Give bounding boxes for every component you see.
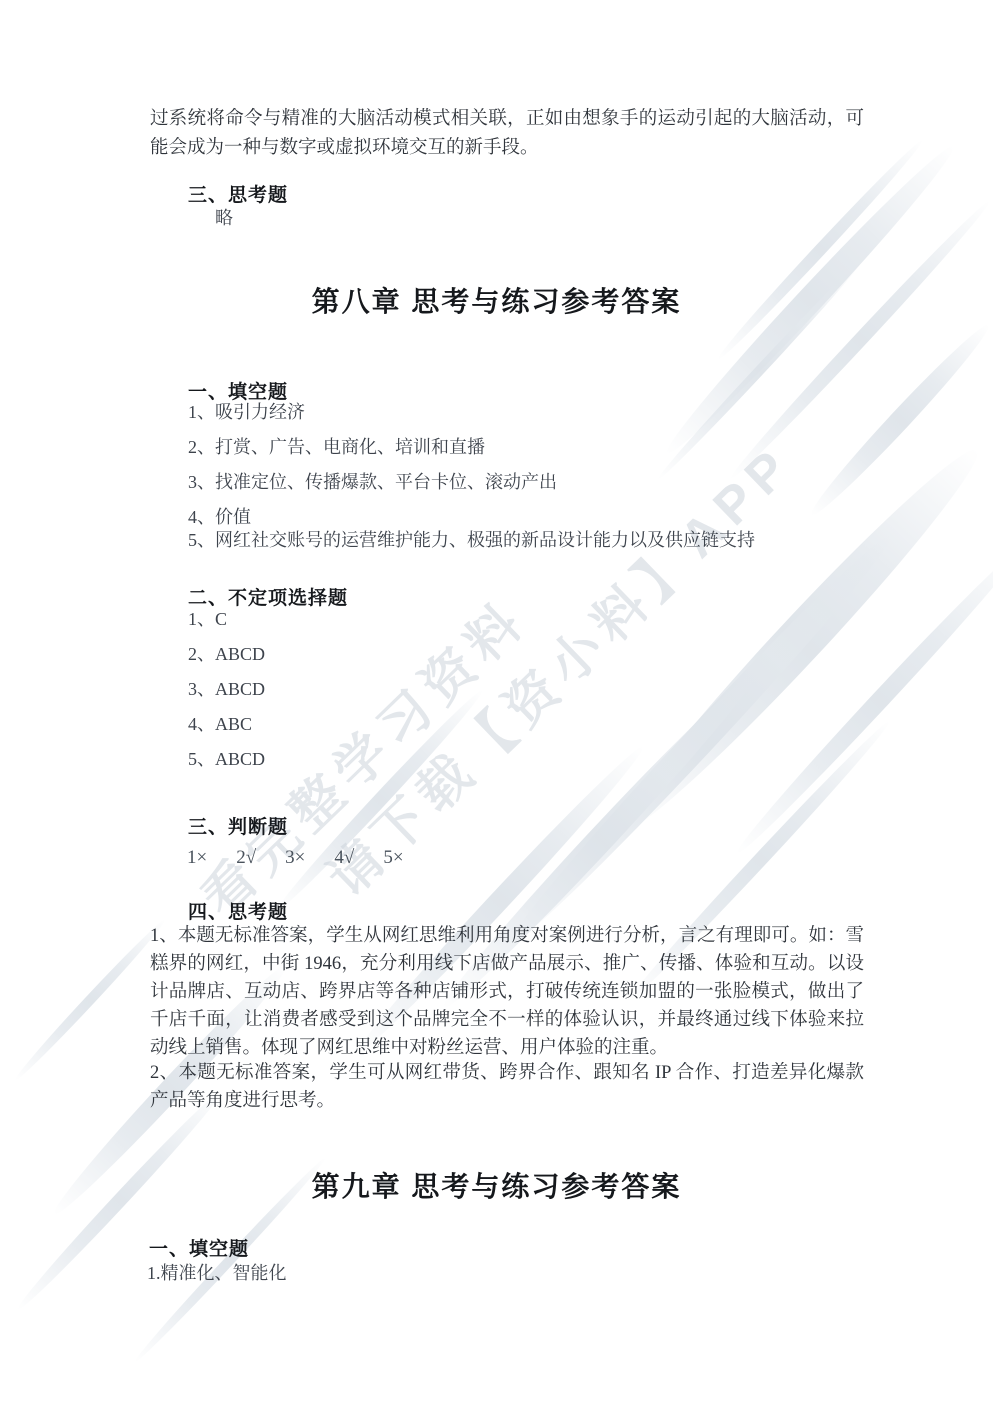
ch8-tf-heading: 三、判断题: [188, 812, 288, 839]
document-page: 看完整学习资料 请下载【资小料】APP 过系统将命令与精准的大脑活动模式相关联，…: [0, 0, 993, 1404]
fill-item: 2、打赏、广告、电商化、培训和直播: [188, 436, 755, 458]
fill-item: 5、网红社交账号的运营维护能力、极强的新品设计能力以及供应链支持: [188, 529, 755, 551]
chapter8-title: 第八章 思考与练习参考答案: [0, 280, 993, 320]
mcq-item: 2、ABCD: [188, 643, 265, 665]
tf-answer: 5×: [383, 848, 403, 868]
fill-item: 3、找准定位、传播爆款、平台卡位、滚动产出: [188, 471, 755, 493]
tf-answer: 1×: [187, 848, 207, 868]
ch8-fill-list: 1、吸引力经济 2、打赏、广告、电商化、培训和直播 3、找准定位、传播爆款、平台…: [188, 401, 755, 564]
intro-paragraph: 过系统将命令与精准的大脑活动模式相关联，正如由想象手的运动引起的大脑活动，可能会…: [150, 105, 864, 162]
ch9-fill-item: 1.精准化、智能化: [147, 1262, 287, 1284]
mcq-item: 3、ABCD: [188, 678, 265, 700]
fill-item: 4、价值: [188, 506, 755, 528]
page-content: 过系统将命令与精准的大脑活动模式相关联，正如由想象手的运动引起的大脑活动，可能会…: [0, 0, 993, 1404]
ch9-fill-heading: 一、填空题: [149, 1234, 249, 1261]
ch8-mcq-heading: 二、不定项选择题: [188, 583, 348, 610]
ch8-fill-heading: 一、填空题: [188, 377, 288, 404]
ch8-discussion-heading: 四、思考题: [188, 897, 288, 924]
ch8-mcq-list: 1、C 2、ABCD 3、ABCD 4、ABC 5、ABCD: [188, 608, 265, 783]
tf-answer: 3×: [285, 848, 305, 868]
mcq-item: 5、ABCD: [188, 748, 265, 770]
intro-section-heading: 三、思考题: [188, 180, 288, 207]
discussion-paragraph-2: 2、本题无标准答案，学生可从网红带货、跨界合作、跟知名 IP 合作、打造差异化爆…: [150, 1059, 864, 1115]
mcq-item: 1、C: [188, 608, 265, 630]
ch8-tf-answers: 1× 2√ 3× 4√ 5×: [187, 848, 404, 868]
chapter9-title: 第九章 思考与练习参考答案: [0, 1165, 993, 1205]
discussion-paragraph-1: 1、本题无标准答案，学生从网红思维利用角度对案例进行分析，言之有理即可。如：雪糕…: [150, 922, 864, 1062]
tf-answer: 4√: [334, 848, 354, 868]
tf-answer: 2√: [236, 848, 256, 868]
mcq-item: 4、ABC: [188, 713, 265, 735]
fill-item: 1、吸引力经济: [188, 401, 755, 423]
intro-answer: 略: [215, 207, 233, 229]
